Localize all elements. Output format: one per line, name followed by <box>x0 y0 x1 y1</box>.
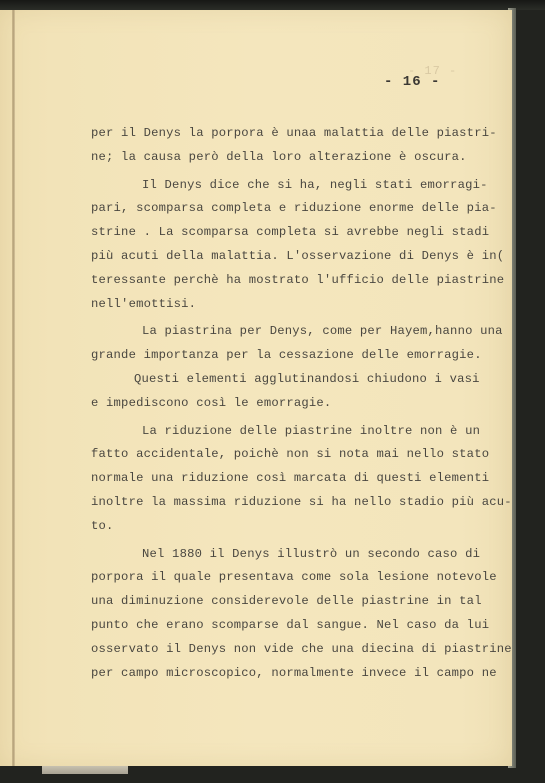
text-line: più acuti della malattia. L'osservazione… <box>91 245 501 269</box>
scan-background: - 17 - - 16 - per il Denys la porpora è … <box>0 0 545 783</box>
text-line: teressante perchè ha mostrato l'ufficio … <box>91 269 501 293</box>
text-line: La piastrina per Denys, come per Hayem,h… <box>91 320 501 344</box>
text-line: pari, scomparsa completa e riduzione eno… <box>91 197 501 221</box>
text-line: ne; la causa però della loro alterazione… <box>91 146 501 170</box>
text-line: fatto accidentale, poichè non si nota ma… <box>91 443 501 467</box>
text-line: Il Denys dice che si ha, negli stati emo… <box>91 174 501 198</box>
text-line: Questi elementi agglutinandosi chiudono … <box>91 368 501 392</box>
text-line: per il Denys la porpora è unaa malattia … <box>91 122 501 146</box>
text-line: per campo microscopico, normalmente inve… <box>91 662 501 686</box>
typewritten-body: per il Denys la porpora è unaa malattia … <box>91 122 501 685</box>
text-line: punto che erano scomparse dal sangue. Ne… <box>91 614 501 638</box>
text-line: Nel 1880 il Denys illustrò un secondo ca… <box>91 543 501 567</box>
text-line: una diminuzione considerevole delle pias… <box>91 590 501 614</box>
text-line: osservato il Denys non vide che una diec… <box>91 638 501 662</box>
text-line: grande importanza per la cessazione dell… <box>91 344 501 368</box>
text-line: normale una riduzione così marcata di qu… <box>91 467 501 491</box>
text-line: inoltre la massima riduzione si ha nello… <box>91 491 501 515</box>
text-line: to. <box>91 515 501 539</box>
text-line: e impediscono così le emorragie. <box>91 392 501 416</box>
binding-gutter <box>12 10 15 766</box>
document-page: - 17 - - 16 - per il Denys la porpora è … <box>0 10 512 766</box>
text-line: nell'emottisi. <box>91 293 501 317</box>
text-line: porpora il quale presentava come sola le… <box>91 566 501 590</box>
top-shadow <box>0 0 545 10</box>
text-line: La riduzione delle piastrine inoltre non… <box>91 420 501 444</box>
page-number: - 16 - <box>384 74 440 90</box>
paper-tab <box>42 766 128 774</box>
text-line: strine . La scomparsa completa si avrebb… <box>91 221 501 245</box>
